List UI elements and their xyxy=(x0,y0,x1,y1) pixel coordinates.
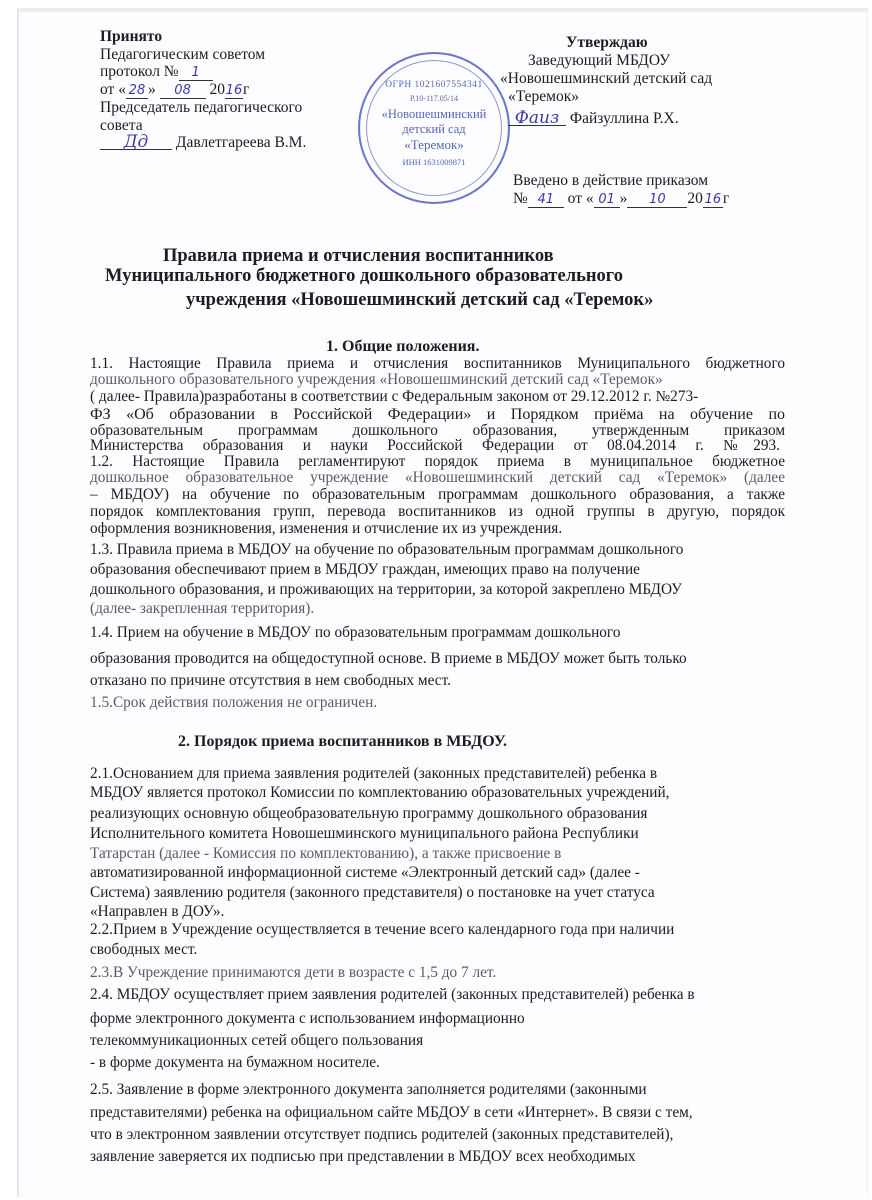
text-line: МБДОУ является протокол Комиссии по комп… xyxy=(90,784,785,802)
chair-name: Давлетгареева В.М. xyxy=(176,134,306,151)
order-number: 41 xyxy=(528,193,564,208)
protocol-line: протокол №1 xyxy=(100,63,360,81)
chair-signature: Дд xyxy=(100,135,172,150)
text-line: дошкольное образовательное учреждение «Н… xyxy=(90,469,785,487)
document-title-line3: учреждения «Новошешминский детский сад «… xyxy=(186,290,653,311)
institution-line1: «Новошешминский детский сад xyxy=(500,70,712,88)
text-line: 2.2.Прием в Учреждение осуществляется в … xyxy=(90,921,785,939)
document-title-line2: Муниципального бюджетного дошкольного об… xyxy=(105,266,623,287)
text-line: 2.3.В Учреждение принимаются дети в возр… xyxy=(90,964,785,982)
head-title: Заведующий МБДОУ xyxy=(528,52,670,70)
text-line: 1.5.Срок действия положения не ограничен… xyxy=(90,694,785,712)
text-line: телекоммуникационных сетей общего пользо… xyxy=(90,1032,785,1050)
document-title-line1: Правила приема и отчисления воспитаннико… xyxy=(163,246,554,267)
chair-title-line1: Председатель педагогического xyxy=(100,99,360,117)
order-details: №41 от «01»102016г xyxy=(513,190,729,208)
text-line: – МБДОУ) на обучение по образовательным … xyxy=(90,486,785,504)
stamp-name-line3: «Теремок» xyxy=(360,137,508,153)
chair-signature-line: Дд Давлетгареева В.М. xyxy=(100,134,360,152)
text-line: образования проводится на общедоступной … xyxy=(90,650,785,668)
official-stamp: ОГРН 1021607554341 Р.10-117.05/14 «Новош… xyxy=(358,52,510,204)
text-line: заявление заверяется их подписью при пре… xyxy=(90,1148,785,1166)
text-line: Система) заявлению родителя (законного п… xyxy=(90,884,785,902)
council-date-line: от «28» 08 2016г xyxy=(100,81,360,99)
head-name: Файзуллина Р.Х. xyxy=(570,110,679,127)
text-line: «Направлен в ДОУ». xyxy=(90,903,785,921)
text-line: представителями) ребенка на официальном … xyxy=(90,1104,785,1122)
text-line: Исполнительного комитета Новошешминского… xyxy=(90,825,785,843)
text-line: 1.3. Правила приема в МБДОУ на обучение … xyxy=(90,541,785,559)
text-line: Татарстан (далее - Комиссия по комплекто… xyxy=(90,845,785,863)
text-line: (далее- закрепленная территория). xyxy=(90,600,785,618)
date-year: 16 xyxy=(225,84,243,99)
stamp-reg: Р.10-117.05/14 xyxy=(360,94,508,103)
order-line: Введено в действие приказом xyxy=(513,172,708,190)
section2-heading: 2. Порядок приема воспитанников в МБДОУ. xyxy=(178,733,507,751)
institution-line2: «Теремок» xyxy=(508,88,579,106)
stamp-ogrn: ОГРН 1021607554341 xyxy=(360,80,508,90)
text-line: 2.4. МБДОУ осуществляет прием заявления … xyxy=(90,986,785,1004)
text-line: автоматизированной информационной систем… xyxy=(90,864,785,882)
head-signature-line: Фаиз Файзуллина Р.Х. xyxy=(508,110,679,128)
order-day: 01 xyxy=(594,193,620,208)
text-line: ( далее- Правила)разработаны в соответст… xyxy=(90,388,785,406)
text-line: - в форме документа на бумажном носителе… xyxy=(90,1054,785,1072)
order-year: 16 xyxy=(703,193,723,208)
council-line: Педагогическим советом xyxy=(100,46,360,64)
date-day: 28 xyxy=(126,84,148,99)
protocol-number: 1 xyxy=(179,66,213,81)
order-month: 10 xyxy=(627,193,687,208)
date-month: 08 xyxy=(160,84,206,99)
text-line: реализующих основную общеобразовательную… xyxy=(90,805,785,823)
text-line: форме электронного документа с использов… xyxy=(90,1010,785,1028)
stamp-name-line1: «Новошешминский xyxy=(360,107,508,122)
stamp-inn: ИНН 1631009871 xyxy=(360,157,508,167)
stamp-name-line2: детский сад xyxy=(360,122,508,137)
text-line: 1.4. Прием на обучение в МБДОУ по образо… xyxy=(90,624,785,642)
text-line: что в электронном заявлении отсутствует … xyxy=(90,1126,785,1144)
section1-heading: 1. Общие положения. xyxy=(326,338,479,356)
text-line: 2.5. Заявление в форме электронного доку… xyxy=(90,1081,785,1099)
text-line: дошкольного образовательного учреждения … xyxy=(90,371,785,389)
approve-heading: Утверждаю xyxy=(566,34,648,52)
accepted-heading: Принято xyxy=(100,28,360,46)
text-line: свободных мест. xyxy=(90,941,785,959)
text-line: отказано по причине отсутствия в нем сво… xyxy=(90,672,785,690)
approval-accepted-block: Принято Педагогическим советом протокол … xyxy=(100,28,360,152)
head-signature: Фаиз xyxy=(508,111,566,126)
text-line: порядок комплектования групп, перевода в… xyxy=(90,503,785,521)
text-line: оформления возникновения, изменения и от… xyxy=(90,520,785,538)
text-line: дошкольного образования, и проживающих н… xyxy=(90,581,785,599)
text-line: 2.1.Основанием для приема заявления роди… xyxy=(90,765,785,783)
text-line: образования обеспечивают прием в МБДОУ г… xyxy=(90,561,785,579)
